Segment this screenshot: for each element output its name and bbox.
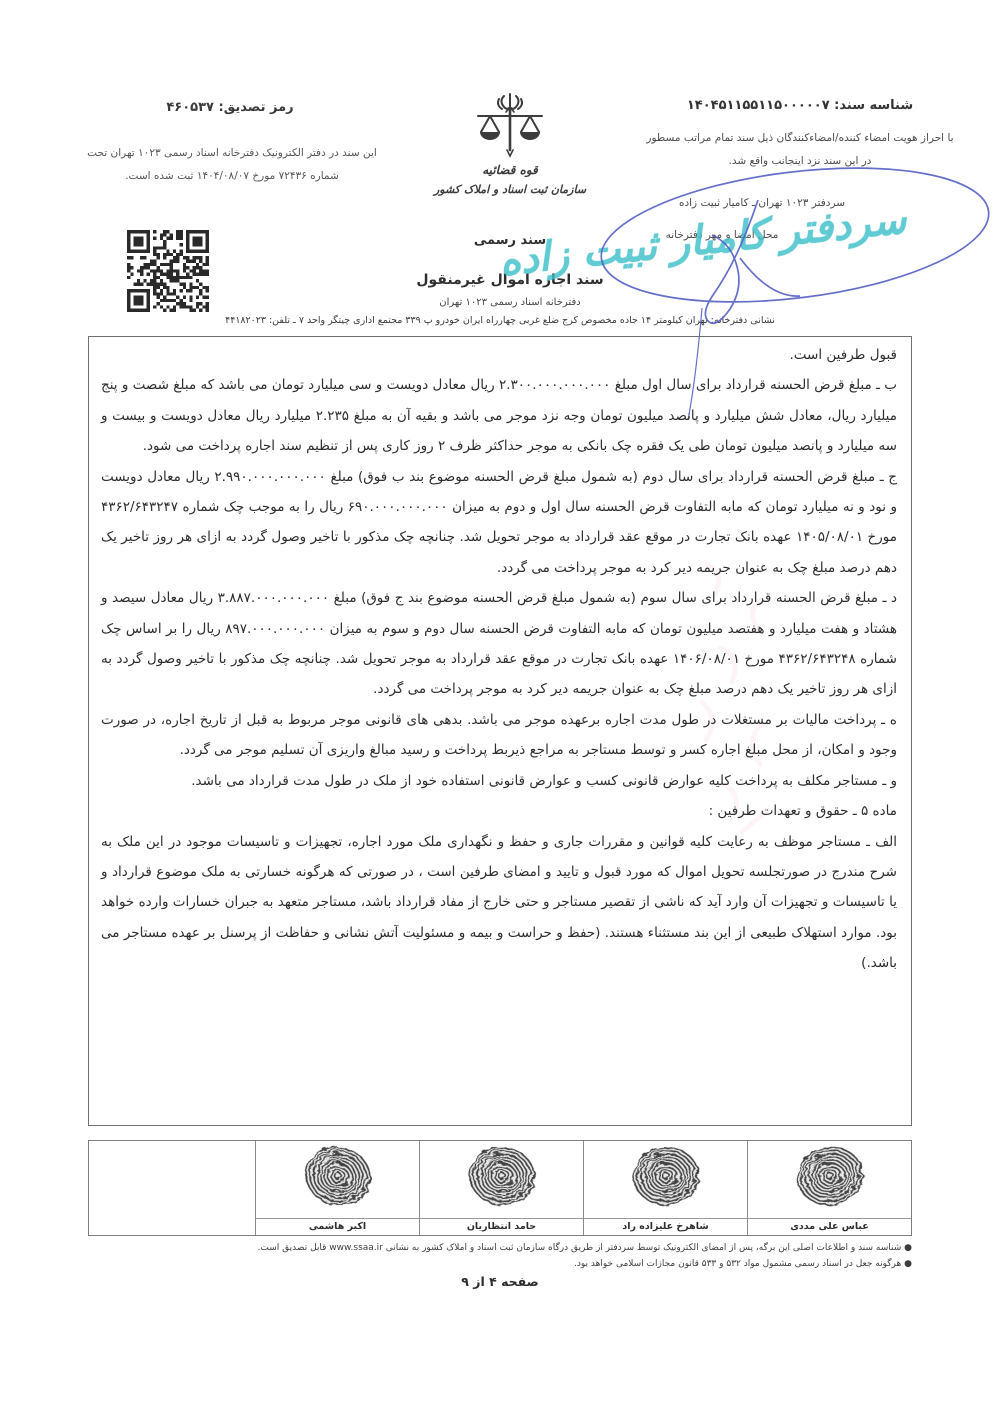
registration-note-line2: شماره ۷۲۴۳۶ مورخ ۱۴۰۴/۰۸/۰۷ ثبت شده است.: [62, 165, 402, 188]
acceptance-line: قبول طرفین است.: [101, 340, 897, 370]
contract-body: قبول طرفین است. ب ـ مبلغ قرض الحسنه قرار…: [88, 336, 912, 1126]
registration-note: این سند در دفتر الکترونیک دفترخانه اسناد…: [62, 142, 402, 188]
qr-code: [121, 230, 215, 312]
article-5-heading: ماده ۵ ـ حقوق و تعهدات طرفین :: [101, 796, 897, 826]
page-number: صفحه ۴ از ۹: [0, 1274, 1000, 1289]
signer-name: حامد انتظاریان: [420, 1218, 583, 1235]
footer-note-1: ● شناسه سند و اطلاعات اصلی این برگه، پس …: [88, 1241, 912, 1257]
clause-b: ب ـ مبلغ قرض الحسنه قرارداد برای سال اول…: [101, 370, 897, 461]
registration-organization-name: سازمان ثبت اسناد و املاک کشور: [385, 183, 635, 196]
footer-notes: ● شناسه سند و اطلاعات اصلی این برگه، پس …: [88, 1241, 912, 1272]
document-title: سند اجاره اموال غیرمنقول: [385, 272, 635, 288]
head-notary-line: سردفتر ۱۰۲۳ تهران ـ کامیار ثبیت زاده: [612, 193, 912, 214]
authentication-line1: با احراز هویت امضاء کننده/امضاءکنندگان ذ…: [608, 128, 992, 149]
authentication-line2: در این سند نزد اینجانب واقع شد.: [608, 151, 992, 172]
clause-d: د ـ مبلغ قرض الحسنه قرارداد برای سال سوم…: [101, 583, 897, 705]
judiciary-name: قوه قضائیه: [425, 163, 595, 177]
office-address-line: نشانی دفترخانه: تهران کیلومتر ۱۴ جاده مخ…: [60, 315, 940, 326]
fingerprint-cell: عباس علی مددی: [747, 1141, 911, 1235]
signer-name: عباس علی مددی: [748, 1218, 911, 1235]
seal-signature-place-label: محل امضا و مهر دفترخانه: [600, 225, 844, 246]
registration-note-line1: این سند در دفتر الکترونیک دفترخانه اسناد…: [62, 142, 402, 165]
fingerprint-image: [629, 1144, 703, 1208]
document-id: شناسه سند: ۱۴۰۴۵۱۱۵۵۱۱۵۰۰۰۰۰۷: [620, 98, 980, 113]
fingerprint-cell: اکبر هاشمی: [255, 1141, 419, 1235]
fingerprint-table: عباس علی مددی شاهرخ علیزاده راد حامد انت…: [88, 1140, 912, 1236]
footer-note-2: ● هرگونه جعل در اسناد رسمی مشمول مواد ۵۳…: [88, 1257, 912, 1273]
verification-code: رمز تصدیق: ۴۶۰۵۳۷: [70, 100, 390, 115]
scanned-lease-document-page: رمز تصدیق: ۴۶۰۵۳۷ این سند در دفتر الکترو…: [0, 0, 1000, 1416]
clause-v: و ـ مستاجر مکلف به پرداخت کلیه عوارض قان…: [101, 766, 897, 796]
signer-name: اکبر هاشمی: [256, 1218, 419, 1235]
fingerprint-image: [465, 1144, 539, 1208]
empty-cell: [89, 1141, 255, 1235]
clause-alef: الف ـ مستاجر موظف به رعایت کلیه قوانین و…: [101, 827, 897, 979]
notary-office-line: دفترخانه اسناد رسمی ۱۰۲۳ تهران: [385, 297, 635, 308]
fingerprint-cell: شاهرخ علیزاده راد: [583, 1141, 747, 1235]
clause-h: ه ـ پرداخت مالیات بر مستغلات در طول مدت …: [101, 705, 897, 766]
fingerprint-cell: حامد انتظاریان: [419, 1141, 583, 1235]
document-type-label: سند رسمی: [440, 233, 580, 248]
judiciary-emblem-icon: [460, 90, 560, 166]
fingerprint-image: [793, 1144, 867, 1208]
signer-name: شاهرخ علیزاده راد: [584, 1218, 747, 1235]
clause-j: ج ـ مبلغ قرض الحسنه قرارداد برای سال دوم…: [101, 462, 897, 584]
fingerprint-image: [301, 1144, 375, 1208]
